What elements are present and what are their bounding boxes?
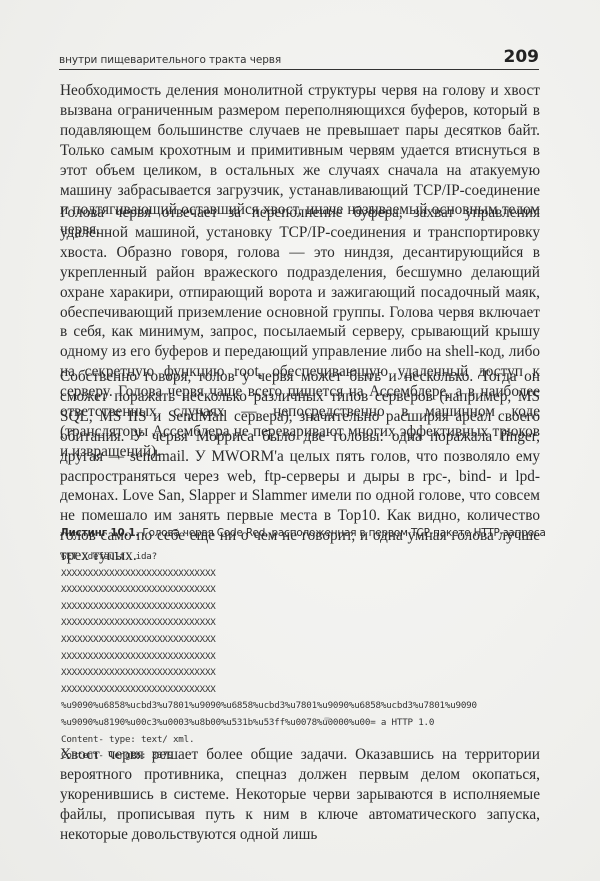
scan-speck xyxy=(324,717,330,721)
listing-caption-text: Голова червя Code Red, расположенная в п… xyxy=(142,527,545,539)
book-page: внутри пищеварительного тракта червя 209… xyxy=(0,0,600,881)
paragraph-worm-tail: Хвост червя решает более общие задачи. О… xyxy=(60,745,540,845)
listing-label: Листинг 10.1. xyxy=(60,527,139,539)
page-number: 209 xyxy=(504,47,540,67)
running-header: внутри пищеварительного тракта червя 209 xyxy=(59,47,539,70)
running-title: внутри пищеварительного тракта червя xyxy=(59,54,281,66)
code-listing: GET /default. ida? XXXXXXXXXXXXXXXXXXXXX… xyxy=(61,549,541,765)
listing-caption: Листинг 10.1. Голова червя Code Red, рас… xyxy=(60,527,550,539)
